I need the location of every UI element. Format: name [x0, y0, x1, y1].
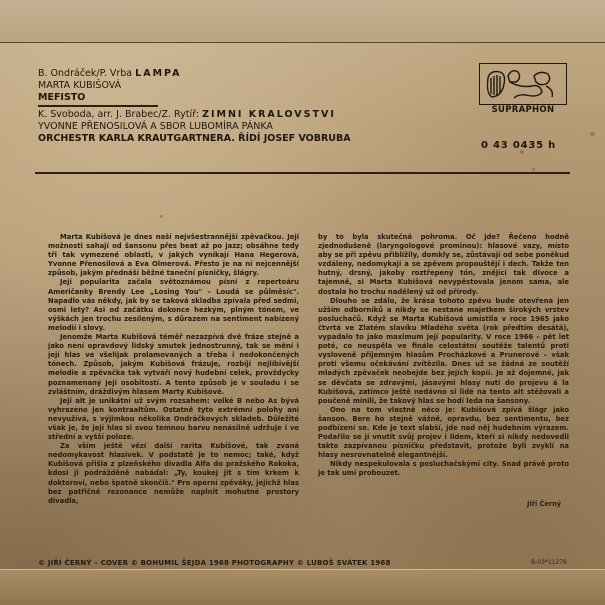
liner-paragraph: Její popularita začala světoznámou písní…	[48, 278, 299, 333]
track3-performer: YVONNE PŘENOSILOVÁ A SBOR LUBOMÍRA PÁNKA	[38, 121, 468, 133]
catalog-number: 0 43 0435 h	[481, 140, 556, 151]
track3-authors: K. Svoboda, arr. J. Brabec/Z. Rytíř:	[38, 109, 199, 120]
liner-notes-left-column: Marta Kubišová je dnes naší nejvšestrann…	[48, 233, 299, 506]
copyright-footer: © JIŘÍ ČERNÝ – COVER © BOHUMIL ŠEJDA 196…	[38, 559, 391, 567]
liner-paragraph: Dlouho se zdálo, že krása tohoto zpěvu b…	[318, 297, 569, 406]
track1-authors: B. Ondráček/P. Vrba	[38, 68, 132, 79]
track1-title: LAMPA	[135, 68, 181, 79]
divider-long	[35, 172, 570, 174]
divider-short	[38, 105, 158, 107]
liner-paragraph: Její alt je unikátní už svým rozsahem: v…	[48, 397, 299, 442]
track2-title: MEFISTO	[38, 92, 468, 104]
label-brand: SUPRAPHON	[478, 105, 568, 115]
orchestra-credit: ORCHESTR KARLA KRAUTGARTNERA. ŘÍDÍ JOSEF…	[38, 133, 468, 145]
supraphon-logo-icon	[479, 63, 567, 105]
track-credits: B. Ondráček/P. Vrba LAMPA MARTA KUBIŠOVÁ…	[38, 68, 468, 145]
record-sleeve-back: B. Ondráček/P. Vrba LAMPA MARTA KUBIŠOVÁ…	[0, 0, 605, 605]
paper-stain	[160, 215, 163, 218]
liner-paragraph: by to byla skutečná pohroma. Oč jde? Řeč…	[318, 233, 569, 297]
credit-line-track1: B. Ondráček/P. Vrba LAMPA	[38, 68, 468, 80]
liner-paragraph: Nikdy nespekulovala s posluchačskými cit…	[318, 460, 569, 478]
liner-paragraph: Ono na tom vlastně něco je: Kubišová zpí…	[318, 406, 569, 461]
track1-performer: MARTA KUBIŠOVÁ	[38, 80, 468, 92]
liner-paragraph: Za vším ještě vězí další rarita Kubišové…	[48, 442, 299, 506]
paper-stain	[532, 168, 535, 171]
liner-paragraph: Jenomže Marta Kubišová téměř nezazpívá d…	[48, 333, 299, 397]
sleeve-top-flap	[0, 0, 605, 43]
paper-stain	[590, 132, 595, 136]
liner-paragraph: Marta Kubišová je dnes naší nejvšestrann…	[48, 233, 299, 278]
lion-lyre-icon	[480, 64, 566, 104]
print-code: B-03*11276	[531, 559, 567, 566]
track3-title: ZIMNI KRALOVSTVI	[202, 109, 336, 120]
credit-line-track3: K. Svoboda, arr. J. Brabec/Z. Rytíř: ZIM…	[38, 109, 468, 121]
liner-notes-right-column: by to byla skutečná pohroma. Oč jde? Řeč…	[318, 233, 569, 479]
sleeve-bottom-flap	[0, 569, 605, 605]
author-signature: Jiří Černý	[527, 500, 561, 508]
